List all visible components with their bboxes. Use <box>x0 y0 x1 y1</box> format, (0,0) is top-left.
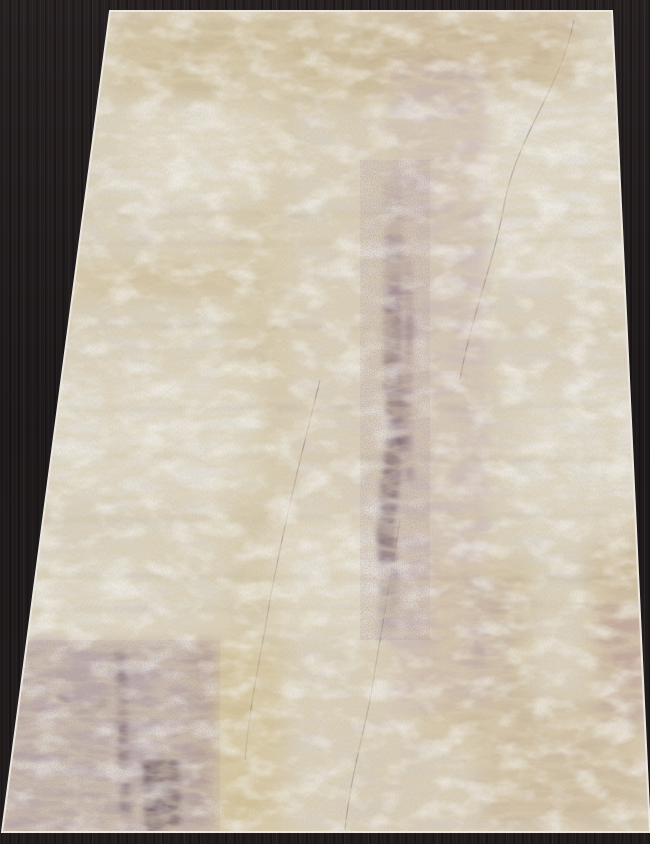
rug <box>0 0 650 844</box>
product-photo <box>0 0 650 844</box>
